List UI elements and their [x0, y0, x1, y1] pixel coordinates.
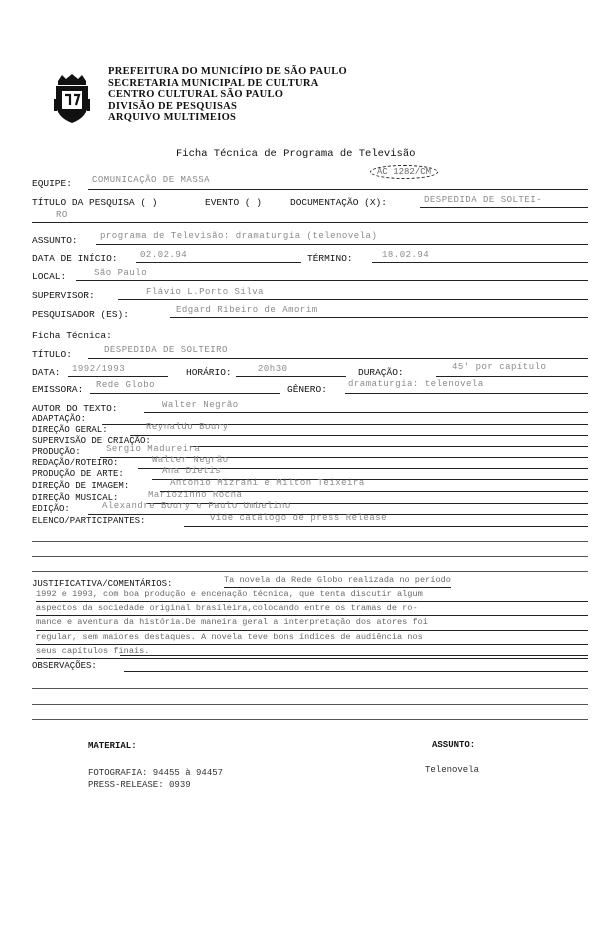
pesquisador-label: PESQUISADOR (ES): — [32, 309, 129, 320]
elenco-value: vide catálogo de press Release — [210, 513, 387, 523]
producao-value: Sergio Madureira — [106, 444, 200, 454]
direcao-geral-value: Reynaldo Boury — [146, 422, 229, 432]
header-line: SECRETARIA MUNICIPAL DE CULTURA — [108, 78, 347, 90]
justificativa-line: aspectos da sociedade original brasileir… — [36, 602, 588, 616]
assunto-footer-label: ASSUNTO: — [432, 740, 475, 750]
assunto-footer-value: Telenovela — [425, 765, 479, 775]
titulo-pesquisa-label: TÍTULO DA PESQUISA ( ) — [32, 197, 157, 208]
autor-label: AUTOR DO TEXTO: — [32, 403, 118, 414]
titulo-pesquisa-value: DESPEDIDA DE SOLTEI- — [424, 195, 542, 205]
equipe-value: COMUNICAÇÃO DE MASSA — [92, 175, 210, 185]
observacoes-label: OBSERVAÇÕES: — [32, 661, 97, 671]
justificativa-line: regular, sem maiores destaques. A novela… — [36, 631, 588, 645]
equipe-label: EQUIPE: — [32, 178, 72, 189]
data-value: 1992/1993 — [72, 364, 125, 374]
titulo-pesquisa-value-cont: RO — [56, 210, 68, 220]
justificativa-text: 1992 e 1993, com boa produção e encenaçã… — [36, 588, 588, 659]
direcao-imagem-value: Antonio Mizrahi e Milton Teixeira — [170, 478, 365, 488]
horario-value: 20h30 — [258, 364, 288, 374]
justificativa-line: 1992 e 1993, com boa produção e encenaçã… — [36, 588, 588, 602]
header-line: ARQUIVO MULTIMEIOS — [108, 112, 347, 124]
emissora-label: EMISSORA: — [32, 384, 83, 395]
justificativa-line: Ta novela da Rede Globo realizada no per… — [224, 574, 451, 588]
data-label: DATA: — [32, 367, 61, 378]
archive-stamp: AC 1282/CM — [370, 165, 438, 179]
material-label: MATERIAL: — [88, 741, 137, 751]
direcao-geral-label: DIREÇÃO GERAL: — [32, 425, 108, 435]
evento-checkbox-label: EVENTO ( ) — [205, 197, 262, 208]
adaptacao-label: ADAPTAÇÃO: — [32, 414, 86, 424]
edicao-label: EDIÇÃO: — [32, 504, 70, 514]
duracao-label: DURAÇÃO: — [358, 367, 404, 378]
genero-value: dramaturgia: telenovela — [348, 379, 484, 389]
genero-label: GÊNERO: — [287, 384, 327, 395]
horario-label: HORÁRIO: — [186, 367, 232, 378]
producao-arte-value: Ana Dietis — [162, 466, 221, 476]
direcao-imagem-label: DIREÇÃO DE IMAGEM: — [32, 481, 129, 491]
redacao-value: Walter Negrão — [152, 455, 229, 465]
producao-label: PRODUÇÃO: — [32, 447, 81, 457]
justificativa-line: mance e aventura da história.De maneira … — [36, 616, 588, 630]
titulo-value: DESPEDIDA DE SOLTEIRO — [104, 345, 228, 355]
supervisor-value: Flávio L.Porto Silva — [146, 287, 264, 297]
local-label: LOCAL: — [32, 271, 66, 282]
titulo-label: TÍTULO: — [32, 349, 72, 360]
institution-header: PREFEITURA DO MUNICÍPIO DE SÃO PAULO SEC… — [108, 66, 347, 124]
justificativa-line: seus capítulos finais. — [36, 645, 588, 659]
redacao-label: REDAÇÃO/ROTEIRO: — [32, 458, 118, 468]
header-line: CENTRO CULTURAL SÃO PAULO — [108, 89, 347, 101]
header-line: DIVISÃO DE PESQUISAS — [108, 101, 347, 113]
autor-value: Walter Negrão — [162, 400, 239, 410]
direcao-musical-value: Mariozinho Rocha — [148, 490, 242, 500]
elenco-label: ELENCO/PARTICIPANTES: — [32, 516, 145, 526]
pesquisador-value: Edgard Ribeiro de Amorim — [176, 305, 318, 315]
assunto-value: programa de Televisão: dramaturgia (tele… — [100, 231, 377, 241]
local-value: São Paulo — [94, 268, 147, 278]
material-item: PRESS-RELEASE: 0939 — [88, 780, 191, 790]
termino-label: TÉRMINO: — [307, 253, 353, 264]
documentacao-checkbox-label: DOCUMENTAÇÃO (X): — [290, 197, 387, 208]
termino-value: 18.02.94 — [382, 250, 429, 260]
duracao-value: 45' por capítulo — [452, 362, 546, 372]
material-item: FOTOGRAFIA: 94455 à 94457 — [88, 768, 223, 778]
producao-arte-label: PRODUÇÃO DE ARTE: — [32, 469, 124, 479]
assunto-label: ASSUNTO: — [32, 235, 78, 246]
supervisor-label: SUPERVISOR: — [32, 290, 95, 301]
header-line: PREFEITURA DO MUNICÍPIO DE SÃO PAULO — [108, 66, 347, 78]
data-inicio-label: DATA DE INÍCIO: — [32, 253, 118, 264]
ficha-tecnica-heading: Ficha Técnica: — [32, 330, 112, 341]
emissora-value: Rede Globo — [96, 380, 155, 390]
edicao-value: Alexandre Boury e Paulo Umbelino — [102, 501, 291, 511]
sao-paulo-coat-of-arms-icon — [52, 73, 92, 125]
form-title: Ficha Técnica de Programa de Televisão — [176, 148, 415, 160]
data-inicio-value: 02.02.94 — [140, 250, 187, 260]
